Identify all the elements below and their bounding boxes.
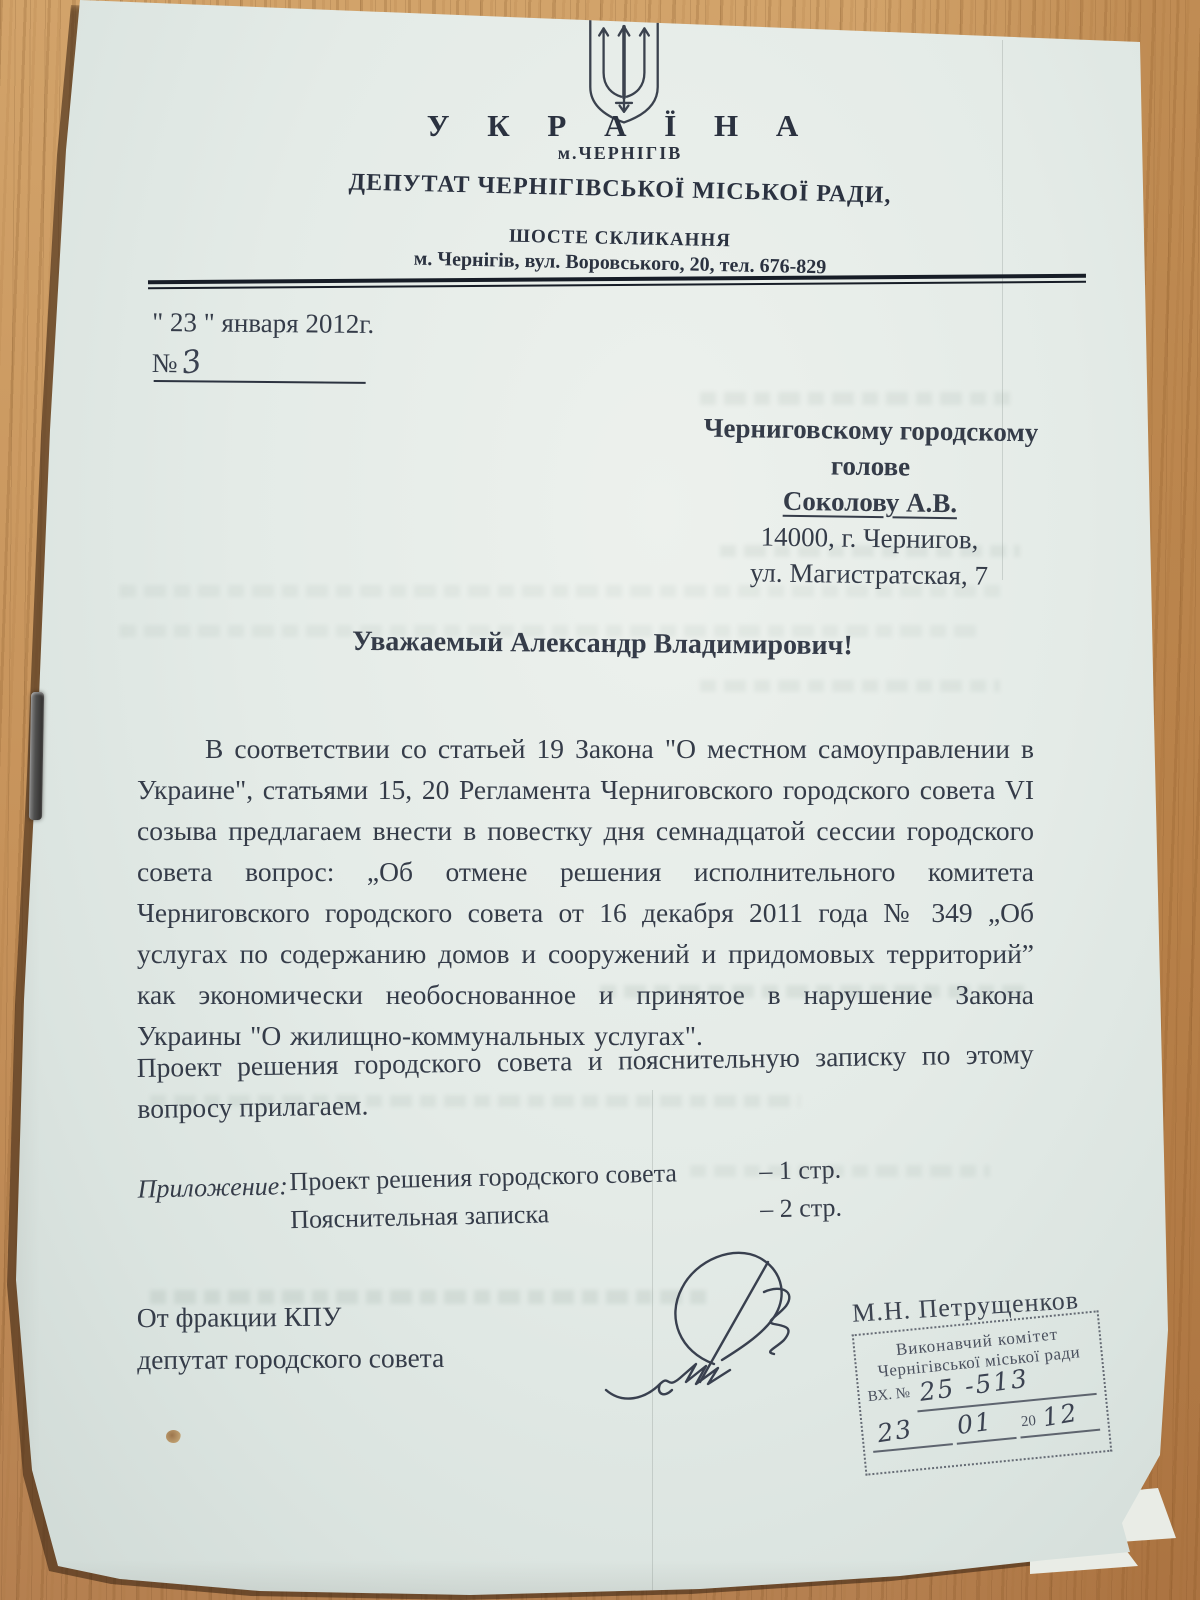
bleed-through-artifact <box>700 680 1000 692</box>
incoming-registration-stamp: Виконавчий комітет Чернігівської міської… <box>852 1310 1113 1476</box>
recipient-name: Соколову А.В. <box>660 481 1080 523</box>
recipient-block: Черниговскому городскому голове Соколову… <box>659 409 1081 595</box>
recipient-line2: голове <box>660 445 1080 487</box>
signoff-block: От фракции КПУ депутат городского совета <box>137 1295 445 1381</box>
signoff-line1: От фракции КПУ <box>137 1295 444 1339</box>
letter-page: У К Р А Ї Н А м.ЧЕРНІГІВ ДЕПУТАТ ЧЕРНІГІ… <box>0 0 1200 1600</box>
header-divider <box>148 274 1086 290</box>
signoff-line2: депутат городского совета <box>137 1337 444 1381</box>
body-paragraph-2: Проект решения городского совета и поясн… <box>136 1033 1034 1129</box>
attachment-pages: – 2 стр. <box>760 1188 891 1229</box>
date-number-block: " 23 " января 2012г. №3 <box>152 307 375 382</box>
stamp-in-label: ВХ. № <box>867 1385 911 1405</box>
salutation: Уважаемый Александр Владимирович! <box>352 626 853 662</box>
body-paragraph-1: В соответствии со статьей 19 Закона "О м… <box>137 728 1034 1056</box>
letterhead-country: У К Р А Ї Н А <box>180 108 1060 144</box>
photo-of-letter: { "letterhead": { "emblem_icon": "ukrain… <box>0 0 1200 1600</box>
paper-stain <box>166 1430 181 1443</box>
recipient-line1: Черниговскому городскому <box>661 409 1081 451</box>
recipient-address-1: 14000, г. Чернигов, <box>659 517 1079 559</box>
attachments-block: Приложение: Проект решения городского со… <box>137 1149 897 1166</box>
staple <box>29 692 44 820</box>
stamp-date-day-handwritten: 23 <box>875 1414 915 1448</box>
letter-date: " 23 " января 2012г. <box>152 307 374 340</box>
attachments-label: Приложение: <box>137 1167 288 1208</box>
letterhead-city: м.ЧЕРНІГІВ <box>180 143 1060 164</box>
letter-number-line: №3 <box>152 344 374 382</box>
attachment-pages: – 1 стр. <box>759 1150 890 1191</box>
number-label: № <box>152 348 178 378</box>
handwritten-signature-icon <box>596 1232 856 1417</box>
bleed-through-artifact <box>700 392 1010 405</box>
stamp-year-printed: 20 <box>1020 1413 1037 1431</box>
number-handwritten-value: 3 <box>179 343 204 382</box>
stamp-year-handwritten: 12 <box>1040 1398 1080 1433</box>
letterhead-title: ДЕПУТАТ ЧЕРНІГІВСЬКОЇ МІСЬКОЇ РАДИ, <box>180 165 1060 213</box>
recipient-address-2: ул. Магистратская, 7 <box>659 553 1079 595</box>
number-underline <box>154 380 366 384</box>
stamp-date-month-handwritten: 01 <box>955 1407 994 1440</box>
